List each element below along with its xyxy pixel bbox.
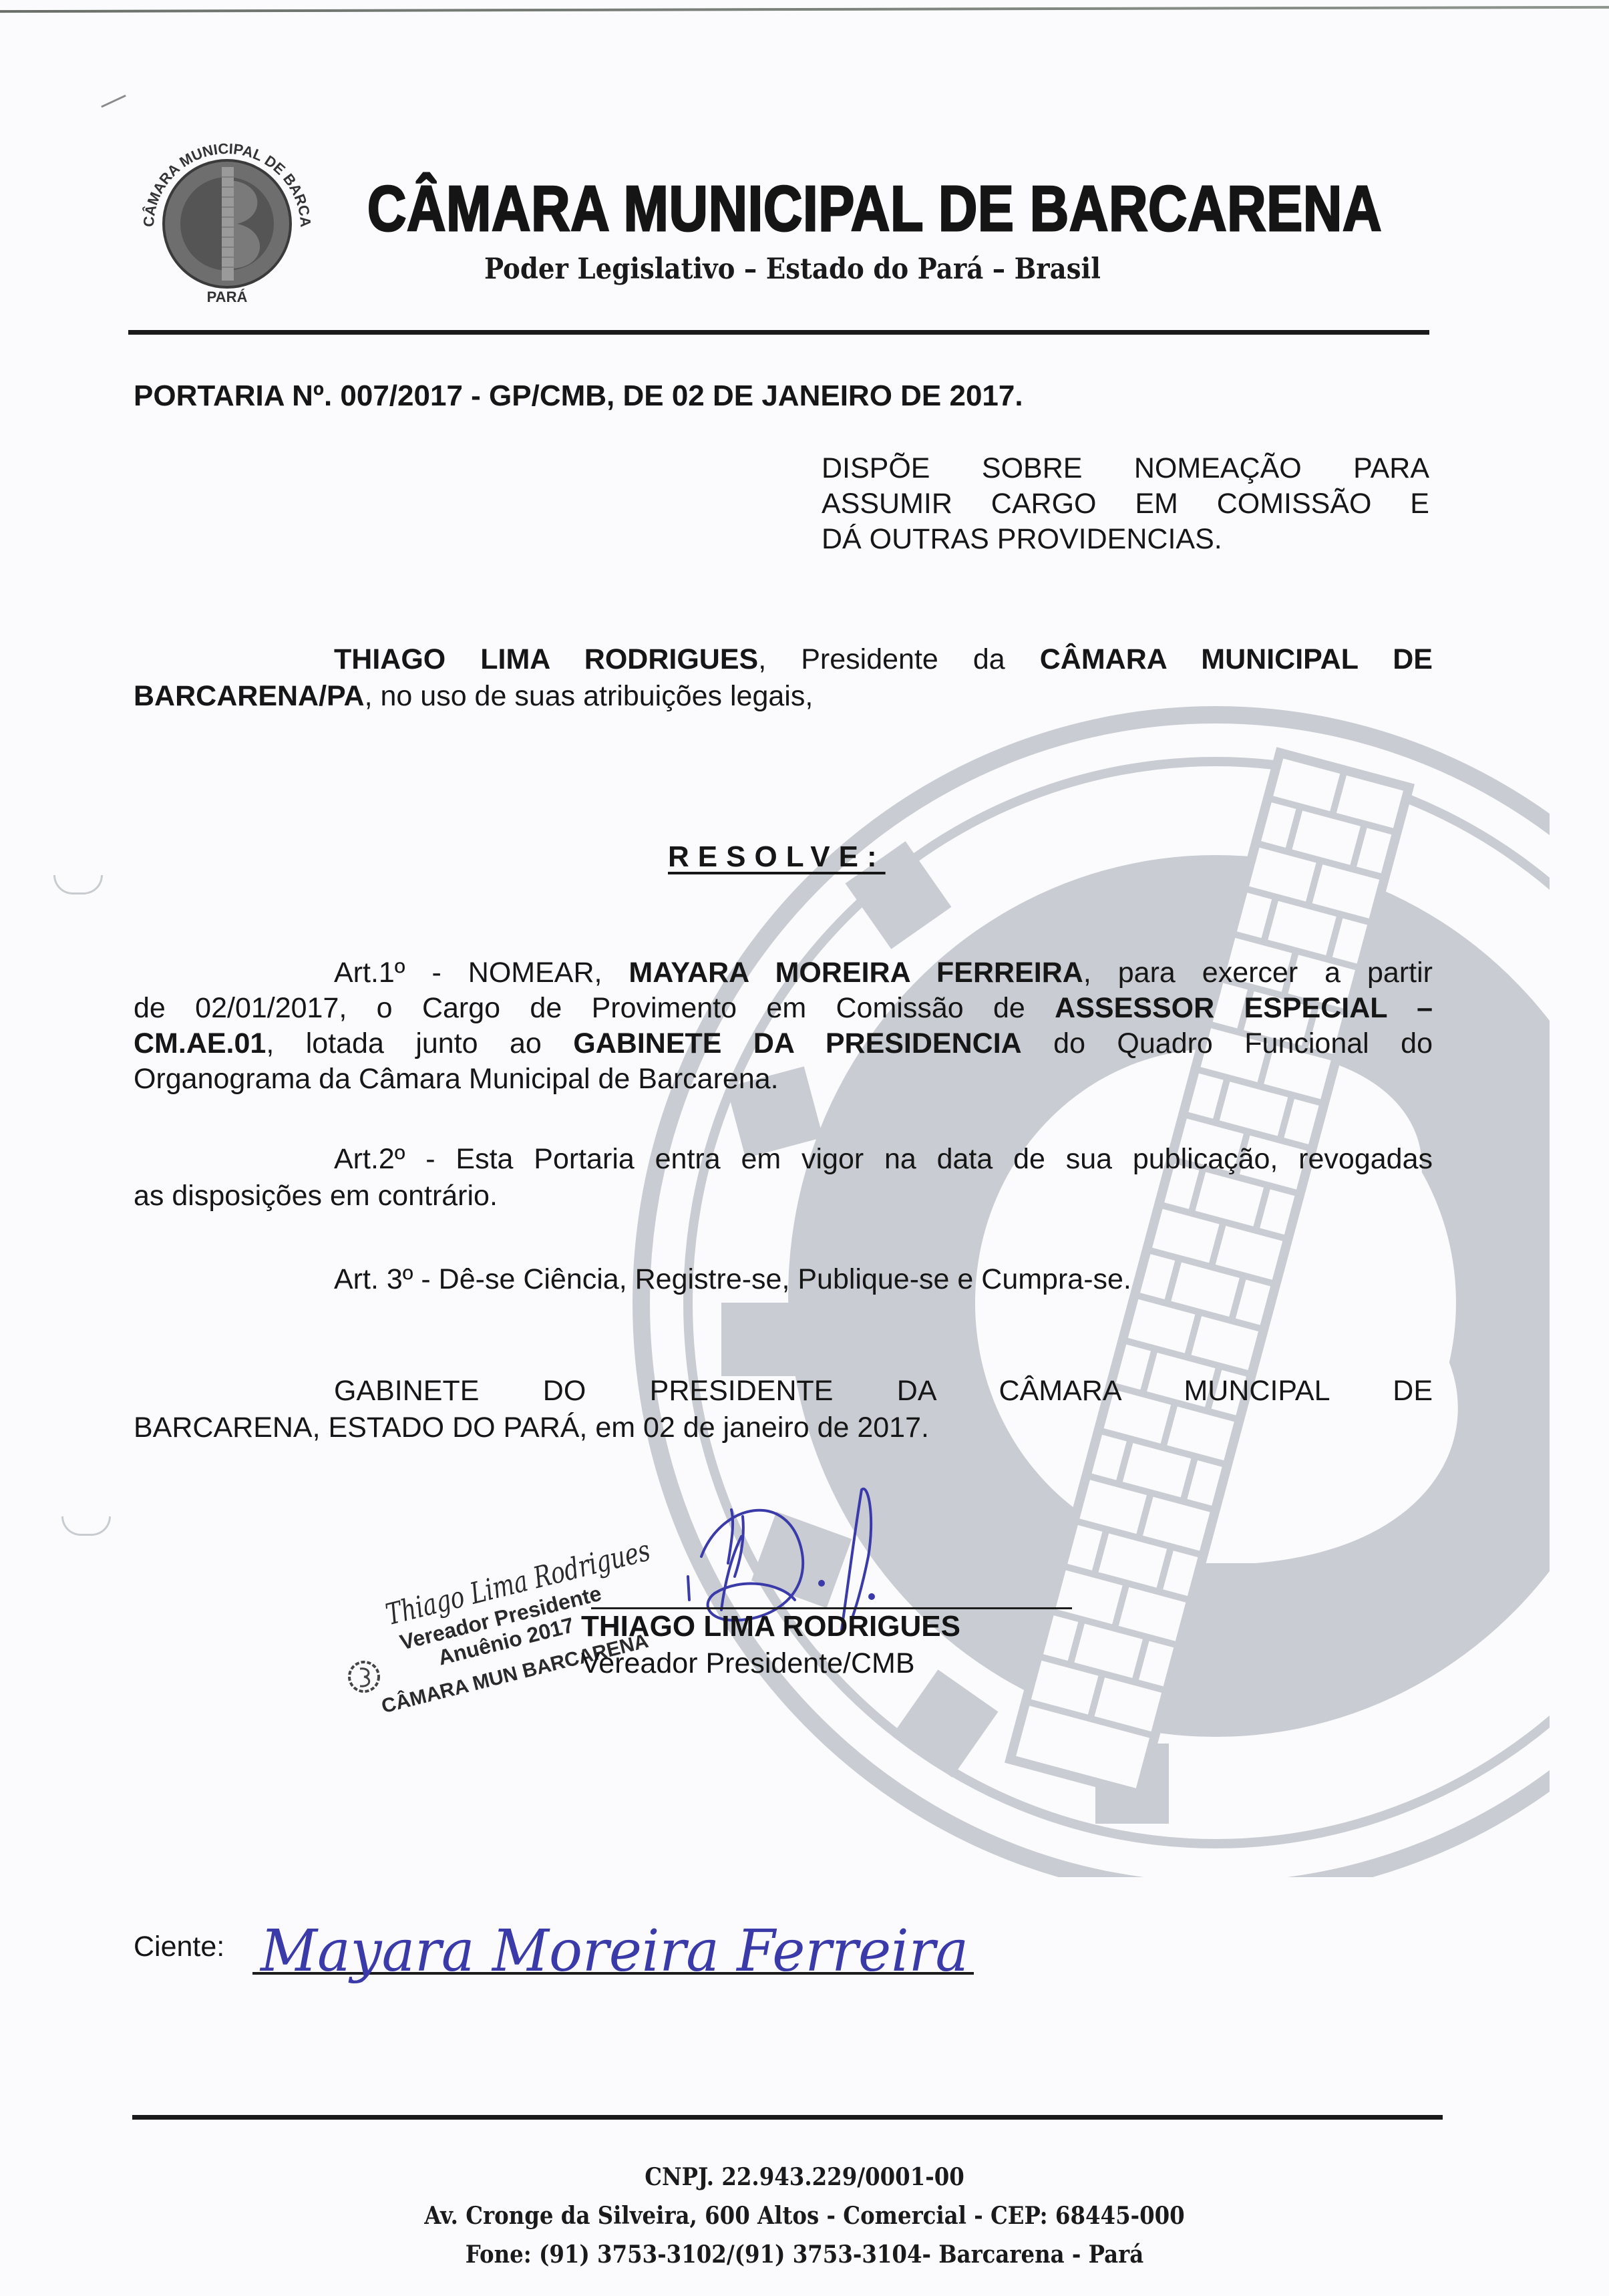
ementa-line: DÁ OUTRAS PROVIDENCIAS. (822, 522, 1429, 557)
ementa-line: DISPÕE SOBRE NOMEAÇÃO PARA (822, 451, 1429, 486)
signatory-name: THIAGO LIMA RODRIGUES (581, 1610, 960, 1643)
punch-hole (53, 875, 103, 894)
document-ementa: DISPÕE SOBRE NOMEAÇÃO PARA ASSUMIR CARGO… (822, 451, 1429, 557)
scan-edge-line (0, 6, 1609, 13)
position-title: ASSESSOR ESPECIAL – (1055, 992, 1433, 1024)
president-name: THIAGO LIMA RODRIGUES (334, 643, 758, 675)
footer-address: Av. Cronge da Silveira, 600 Altos - Come… (80, 2196, 1528, 2235)
footer-phone: Fone: (91) 3753-3102/(91) 3753-3104- Bar… (80, 2235, 1528, 2274)
footer-cnpj: CNPJ. 22.943.229/0001-00 (80, 2158, 1528, 2196)
signature-line (591, 1607, 1072, 1609)
svg-text:PARÁ: PARÁ (207, 289, 248, 305)
acknowledgement-label: Ciente: (134, 1931, 224, 1963)
department: GABINETE DA PRESIDENCIA (573, 1027, 1021, 1059)
svg-text:Mayara Moreira Ferreira: Mayara Moreira Ferreira (259, 1918, 968, 1985)
footer: CNPJ. 22.943.229/0001-00 Av. Cronge da S… (0, 2158, 1609, 2274)
preamble-paragraph: THIAGO LIMA RODRIGUES, Presidente da CÂM… (134, 641, 1433, 715)
chamber-seal-logo-icon: CÂMARA MUNICIPAL DE BARCARENA PARÁ (127, 127, 327, 307)
footer-divider (132, 2115, 1443, 2120)
scan-mark (101, 95, 126, 108)
article-3: Art. 3º - Dê-se Ciência, Registre-se, Pu… (334, 1261, 1131, 1298)
appointee-handwritten-signature: Mayara Moreira Ferreira (247, 1891, 989, 2024)
appointee-name: MAYARA MOREIRA FERREIRA (629, 957, 1083, 989)
ementa-line: ASSUMIR CARGO EM COMISSÃO E (822, 486, 1429, 522)
document-title: PORTARIA Nº. 007/2017 - GP/CMB, DE 02 DE… (134, 377, 1023, 414)
organization-subtitle: Poder Legislativo – Estado do Pará – Bra… (484, 253, 1101, 286)
article-1: Art.1º - NOMEAR, MAYARA MOREIRA FERREIRA… (134, 955, 1433, 1097)
article-2: Art.2º - Esta Portaria entra em vigor na… (134, 1141, 1433, 1214)
organization-name: CÂMARA MUNICIPAL DE BARCARENA (367, 172, 1153, 246)
stamp-seal-icon (344, 1650, 384, 1703)
resolve-heading: RESOLVE: (668, 838, 886, 875)
punch-hole (61, 1516, 111, 1536)
position-code: CM.AE.01 (134, 1027, 266, 1059)
official-stamp: Thiago Lima Rodrigues Vereador President… (334, 1480, 737, 1732)
header-divider (128, 330, 1429, 335)
closing-paragraph: GABINETE DO PRESIDENTE DA CÂMARA MUNCIPA… (134, 1373, 1433, 1446)
signatory-role: Vereador Presidente/CMB (581, 1647, 915, 1680)
